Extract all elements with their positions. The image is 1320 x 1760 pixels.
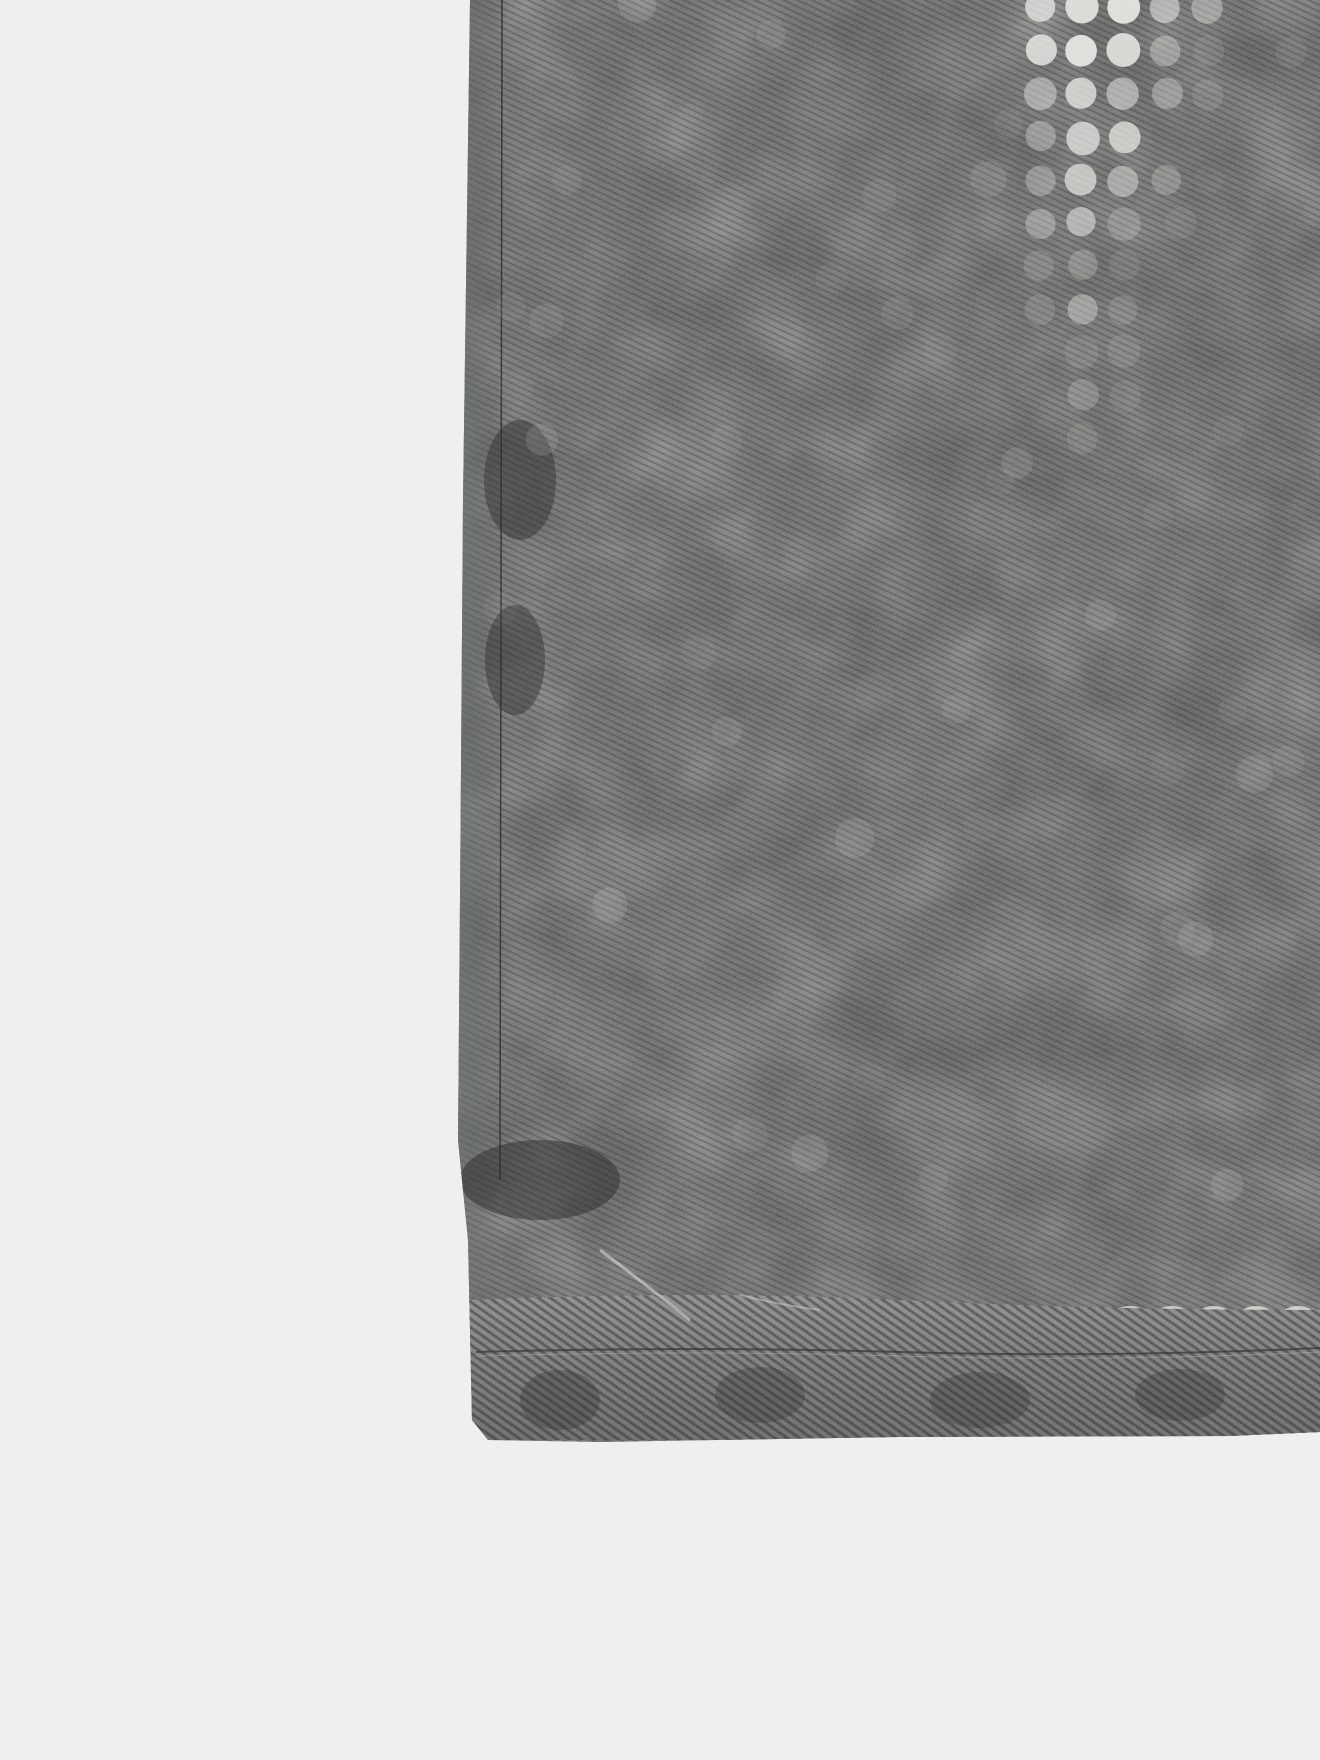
product-photo (0, 0, 1320, 1760)
denim-fabric (440, 0, 1320, 1460)
